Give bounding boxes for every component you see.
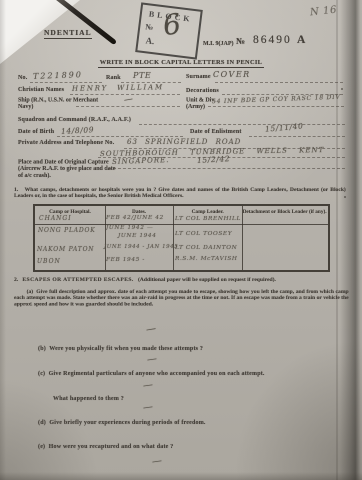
table-header-camp: Camp or Hospital. <box>35 209 105 215</box>
form-series-letter: A <box>297 34 305 46</box>
date-of-birth-label: Date of Birth <box>18 129 54 135</box>
answer-dash-2a: — <box>145 323 157 336</box>
date-of-birth-value: 14/8/09 <box>61 125 95 136</box>
surname-label: Surname <box>186 74 211 80</box>
question-2e-label: (e) <box>38 444 45 450</box>
mi-reference: M.I. 9(JAP) <box>203 41 234 47</box>
rule <box>249 136 345 137</box>
page-fold-line <box>336 0 338 480</box>
question-2c-label: (c) <box>38 371 45 377</box>
pow-questionnaire-scan: NDENTIAL BLOCK № A. 6 M.I. 9(JAP) № 8649… <box>0 0 362 480</box>
table-column-divider <box>173 206 174 270</box>
pencil-annotation: N 16 <box>309 5 337 19</box>
paper-speck <box>341 88 343 90</box>
question-2c-text: Give Regimental particulars of anyone wh… <box>49 371 265 377</box>
unit-div-value: 54 INF BDE GP COY RASC 18 DIV <box>212 94 341 105</box>
question-1-text: What camps, detachments or hospitals wer… <box>14 186 346 199</box>
question-2b-text: Were you physically fit when you made th… <box>49 346 203 352</box>
form-number-symbol: № <box>236 36 245 46</box>
question-2a-text: Give full description and approx. date o… <box>14 288 349 307</box>
capture-label: Place and Date of Original Capture (Airc… <box>18 158 120 178</box>
question-2e-text: How were you recaptured and on what date… <box>49 444 174 450</box>
camp-cell: CHANGI <box>39 215 72 222</box>
rank-value: PTE <box>133 71 151 80</box>
question-2d-label: (d) <box>38 420 46 426</box>
confidential-marking: NDENTIAL <box>44 28 92 39</box>
ship-label: Ship (R.N., U.S.N. or Merchant Navy) <box>18 96 108 110</box>
rank-label: Rank <box>106 75 121 81</box>
rule <box>108 168 345 169</box>
answer-dash-2c: — <box>142 379 154 391</box>
leader-cell: LT COL TOOSEY <box>175 231 232 237</box>
question-2-title: ESCAPES OR ATTEMPTED ESCAPES. <box>22 276 133 282</box>
bottom-edge-shadow <box>0 472 362 480</box>
ship-value: — <box>123 94 134 106</box>
rule <box>30 82 102 83</box>
camp-cell: UBON <box>37 258 61 265</box>
capture-place-value: SINGAPORE. <box>112 156 170 166</box>
form-serial-number: 86490 <box>253 34 292 46</box>
capture-date-value: 15/2/42 <box>197 154 231 165</box>
camps-table: Camp or Hospital. Dates. Camp Leader. De… <box>33 204 330 272</box>
camp-cell: NONG PLADOK <box>38 227 96 234</box>
answer-dash-2b: — <box>146 353 158 365</box>
private-address-label: Private Address and Telephone No. <box>18 140 114 146</box>
stamp-no-symbol: № <box>145 22 154 32</box>
rule <box>57 136 183 137</box>
dates-cell-line2: JUNE 1944 <box>118 233 157 239</box>
table-header-block-leader: Detachment or Block Leader (if any). <box>242 209 327 215</box>
surname-value: COVER <box>213 70 251 79</box>
leader-cell: R.S.M. McTAVISH <box>175 256 238 262</box>
question-2-number: 2. <box>14 276 18 282</box>
no-label: No. <box>18 75 27 81</box>
question-2-note: (Additional paper will be supplied on re… <box>138 276 276 282</box>
squadron-label: Squadron and Command (R.A.F., A.A.F.) <box>18 117 131 123</box>
leader-cell: LT COL BRENHILL <box>175 216 241 222</box>
no-value: T221890 <box>33 70 83 81</box>
rule <box>76 106 180 107</box>
christian-names-label: Christian Names <box>18 87 64 93</box>
camp-cell: NAKOM PATON <box>37 246 94 253</box>
rule <box>139 124 345 125</box>
table-column-divider <box>242 206 243 270</box>
christian-names-value: HENRY WILLIAM <box>72 83 164 93</box>
answer-dash-2c2: — <box>142 401 154 413</box>
question-2a: (a) Give full description and approx. da… <box>14 288 349 307</box>
date-of-enlistment-value: 15/11/40 <box>265 121 304 133</box>
dates-cell: FEB 1945 - <box>106 257 145 263</box>
question-2d-text: Give briefly your experiences during per… <box>49 420 205 426</box>
table-header-dates: Dates. <box>105 209 173 215</box>
dates-cell: JUNE 1942 — <box>106 225 153 231</box>
leader-cell: LT COL DAINTON <box>175 245 237 251</box>
answer-dash-2e: — <box>151 455 163 467</box>
table-header-leader: Camp Leader. <box>173 209 242 215</box>
instruction-heading: WRITE IN BLOCK CAPITAL LETTERS IN PENCIL <box>98 59 264 68</box>
dates-cell: JUNE 1944 - JAN 1945 <box>104 244 178 250</box>
private-address-line1: 63 SPRINGFIELD ROAD <box>127 138 241 146</box>
rule <box>215 82 343 83</box>
question-2b-label: (b) <box>38 346 46 352</box>
rule <box>208 106 344 107</box>
page-edge-shadow <box>340 0 362 480</box>
dates-cell: FEB 42/JUNE 42 <box>106 215 164 221</box>
table-header-divider <box>35 224 328 225</box>
stamp-a-label: A. <box>145 35 155 46</box>
date-of-enlistment-label: Date of Enlistment <box>190 129 242 135</box>
question-2-heading: 2. ESCAPES OR ATTEMPTED ESCAPES. (Additi… <box>14 276 346 282</box>
left-edge-shadow <box>0 0 6 480</box>
question-1: 1. What camps, detachments or hospitals … <box>14 186 346 199</box>
question-2c2-text: What happened to them ? <box>53 396 124 402</box>
decorations-label: Decorations <box>186 88 219 94</box>
